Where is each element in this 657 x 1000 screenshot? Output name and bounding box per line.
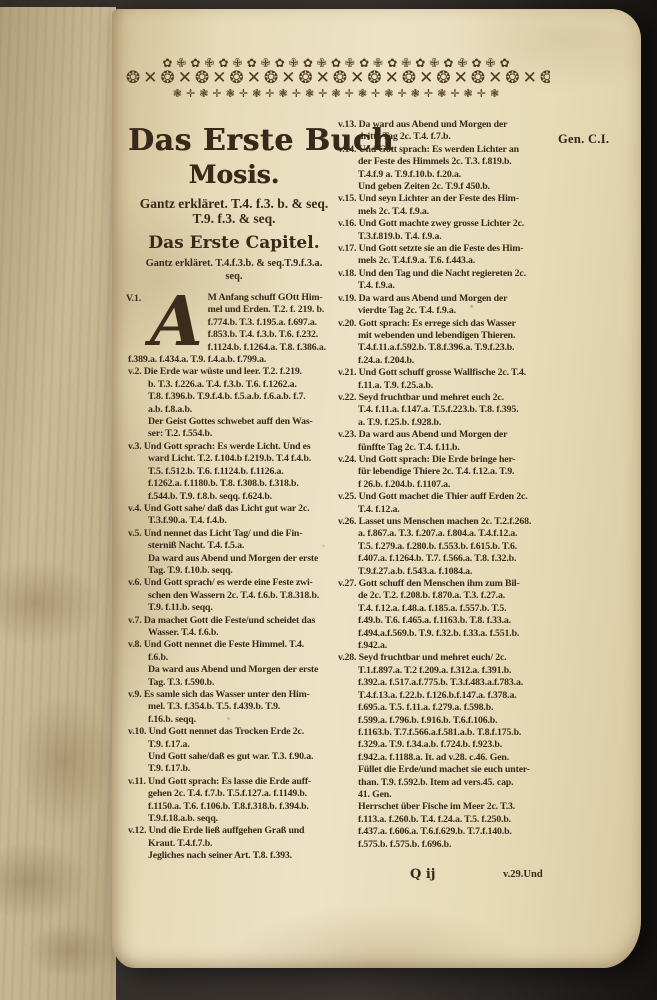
text-line: v.6. Und Gott sprach/ es werde eine Fest… <box>128 577 340 589</box>
text-line: T.3.f.819.b. T.4. f.9.a. <box>338 231 564 243</box>
text-line: a. f.867.a. T.3. f.207.a. f.804.a. T.4.f… <box>338 528 564 540</box>
book-subtitle: Gantz erkläret. T.4. f.3. b. & seq. T.9.… <box>128 197 340 226</box>
text-line: T.9. f.11.b. seqq. <box>128 602 340 614</box>
text-line: f.494.a.f.569.b. T.9. f.32.b. f.33.a. f.… <box>338 628 564 640</box>
text-line: v.19. Da ward aus Abend und Morgen der <box>338 293 564 305</box>
text-line: T.4. f.12.a. <box>338 504 564 516</box>
book-subtitle-line2: T.9. f.3. & seq. <box>128 212 340 227</box>
text-line: T.5. f.279.a. f.280.b. f.553.b. f.615.b.… <box>338 541 564 553</box>
text-line: v.15. Und seyn Lichter an der Feste des … <box>338 193 564 205</box>
verse-lines-left: v.2. Die Erde war wüste und leer. T.2. f… <box>128 366 340 862</box>
text-line: v.7. Da machet Gott die Feste/und scheid… <box>128 615 340 627</box>
book-title-line1: Das Erste Buch <box>128 123 340 158</box>
book-photo: ✿✙✿✙✿✙✿✙✿✙✿✙✿✙✿✙✿✙✿✙✿✙✿✙✿ ❂✕❂✕❂✕❂✕❂✕❂✕❂✕… <box>0 0 657 1000</box>
text-line: v.9. Es samle sich das Wasser unter den … <box>128 689 340 701</box>
text-line: v.28. Seyd fruchtbar und mehret euch/ 2c… <box>338 652 564 664</box>
book-title-line2: Mosis. <box>128 160 340 189</box>
left-column: Das Erste Buch Mosis. Gantz erkläret. T.… <box>128 9 340 968</box>
text-line: mels 2c. T.4.f.9.a. T.6. f.443.a. <box>338 255 564 267</box>
text-line: f.49.b. T.6. f.465.a. f.1163.b. T.8. f.3… <box>338 615 564 627</box>
text-line: Wasser. T.4. f.6.b. <box>128 627 340 639</box>
text-line: v.3. Und Gott sprach: Es werde Licht. Un… <box>128 441 340 453</box>
text-line: schen den Wassern 2c. T.4. f.6.b. T.8.31… <box>128 590 340 602</box>
text-line: Da ward aus Abend und Morgen der erste <box>128 664 340 676</box>
text-line: T.9.f.27.a.b. f.543.a. f.1084.a. <box>338 566 564 578</box>
text-line: der Feste des Himmels 2c. T.3. f.819.b. <box>338 156 564 168</box>
text-line: b. T.3. f.226.a. T.4. f.3.b. T.6. f.1262… <box>128 379 340 391</box>
text-line: Und geben Zeiten 2c. T.9.f 450.b. <box>338 181 564 193</box>
text-line: Da ward aus Abend und Morgen der erste <box>128 553 340 565</box>
text-line: f.695.a. T.5. f.11.a. f.279.a. f.598.b. <box>338 702 564 714</box>
text-line: f.113.a. f.260.b. T.4. f.24.a. T.5. f.25… <box>338 814 564 826</box>
text-line: v.5. Und nennet das Licht Tag/ und die F… <box>128 528 340 540</box>
text-line: Kraut. T.4.f.7.b. <box>128 838 340 850</box>
margin-note: Gen. C.I. <box>558 132 609 147</box>
text-line: T.4.f.9 a. T.9.f.10.b. f.20.a. <box>338 169 564 181</box>
text-line: Herrschet über Fische im Meer 2c. T.3. <box>338 801 564 813</box>
text-line: T.4.f.13.a. f.22.b. f.126.b.f.147.a. f.3… <box>338 690 564 702</box>
text-line: mel. T.3. f.354.b. T.5. f.439.b. T.9. <box>128 701 340 713</box>
chapter-heading: Das Erste Capitel. <box>128 233 340 253</box>
text-line: f.6.b. <box>128 652 340 664</box>
chapter-note-line1: Gantz erkläret. T.4.f.3.b. & seq.T.9.f.3… <box>128 258 340 271</box>
verse-1-label: V.1. <box>126 293 141 304</box>
text-line: f.392.a. f.517.a.f.775.b. T.3.f.483.a.f.… <box>338 677 564 689</box>
text-line: f.942.a. <box>338 640 564 652</box>
text-line: v.18. Und den Tag und die Nacht regieret… <box>338 268 564 280</box>
text-line: T.9. f.17.a. <box>128 739 340 751</box>
text-line: T.9. f.17.b. <box>128 763 340 775</box>
text-line: v.21. Und Gott schuff grosse Wallfische … <box>338 367 564 379</box>
text-line: f.544.b. T.9. f.8.b. seqq. f.624.b. <box>128 491 340 503</box>
text-line: vierdte Tag 2c. T.4. f.9.a. <box>338 305 564 317</box>
text-line: T.4. f.11.a. f.147.a. T.5.f.223.b. T.8. … <box>338 404 564 416</box>
text-line: Und Gott sahe/daß es gut war. T.3. f.90.… <box>128 751 340 763</box>
text-line: T.4. f.12.a. f.48.a. f.185.a. f.557.b. T… <box>338 603 564 615</box>
book-page-edges <box>0 7 116 1000</box>
text-line: ward Licht. T.2. f.104.b f.219.b. T.4 f.… <box>128 453 340 465</box>
text-line: mels 2c. T.4. f.9.a. <box>338 206 564 218</box>
text-line: sterniß Nacht. T.4. f.5.a. <box>128 540 340 552</box>
text-line: 41. Gen. <box>338 789 564 801</box>
text-line: v.22. Seyd fruchtbar und mehret euch 2c. <box>338 392 564 404</box>
text-line: fünffte Tag 2c. T.4. f.11.b. <box>338 442 564 454</box>
verse-1-entry: V.1. A M Anfang schuff GOtt Him-mel und … <box>128 292 340 366</box>
text-line: v.16. Und Gott machte zwey grosse Lichte… <box>338 218 564 230</box>
text-line: de 2c. T.2. f.208.b. f.870.a. T.3. f.27.… <box>338 590 564 602</box>
text-line: v.10. Und Gott nennet das Trocken Erde 2… <box>128 726 340 738</box>
text-line: ser: T.2. f.554.b. <box>128 428 340 440</box>
text-line: f.24.a. f.204.b. <box>338 355 564 367</box>
text-line: f.1262.a. f.1180.b. T.8. f.308.b. f.318.… <box>128 478 340 490</box>
text-line: für lebendige Thiere 2c. T.4. f.12.a. T.… <box>338 466 564 478</box>
text-line: v.2. Die Erde war wüste und leer. T.2. f… <box>128 366 340 378</box>
text-line: T.8. f.396.b. T.9.f.4.b. f.5.a.b. f.6.a.… <box>128 391 340 403</box>
text-line: T.4.f.11.a.f.592.b. T.8.f.396.a. T.9.f.2… <box>338 342 564 354</box>
text-line: T.4. f.9.a. <box>338 280 564 292</box>
text-line: Tag. T.9. f.10.b. seqq. <box>128 565 340 577</box>
text-line: v.24. Und Gott sprach: Die Erde bringe h… <box>338 454 564 466</box>
signature-mark: Q ij <box>410 867 436 882</box>
text-line: mit webenden und lebendigen Thieren. <box>338 330 564 342</box>
text-line: dritte Tag 2c. T.4. f.7.b. <box>338 131 564 143</box>
text-line: f.1163.b. T.7.f.566.a.f.581.a.b. T.8.f.1… <box>338 727 564 739</box>
catchword: v.29.Und <box>503 869 543 880</box>
text-line: f.942.a. f.1188.a. It. ad v.28. c.46. Ge… <box>338 752 564 764</box>
text-line: v.25. Und Gott machet die Thier auff Erd… <box>338 491 564 503</box>
text-line: v.4. Und Gott sahe/ daß das Licht gut wa… <box>128 503 340 515</box>
text-line: f.407.a. f.1264.b. T.7. f.566.a. T.8. f.… <box>338 553 564 565</box>
text-line: a. T.9. f.25.b. f.928.b. <box>338 417 564 429</box>
text-line: v.23. Da ward aus Abend und Morgen der <box>338 429 564 441</box>
text-line: v.8. Und Gott nennet die Feste Himmel. T… <box>128 639 340 651</box>
text-line: f.437.a. f.606.a. T.6.f.629.b. T.7.f.140… <box>338 826 564 838</box>
text-line: v.20. Gott sprach: Es errege sich das Wa… <box>338 318 564 330</box>
text-line: Jegliches nach seiner Art. T.8. f.393. <box>128 850 340 862</box>
text-line: v.12. Und die Erde ließ auffgehen Graß u… <box>128 825 340 837</box>
chapter-note: Gantz erkläret. T.4.f.3.b. & seq.T.9.f.3… <box>128 258 340 283</box>
text-line: v.11. Und Gott sprach: Es lasse die Erde… <box>128 776 340 788</box>
text-line: v.17. Und Gott setzte sie an die Feste d… <box>338 243 564 255</box>
text-line: T.3.f.90.a. T.4. f.4.b. <box>128 515 340 527</box>
text-line: f.599.a. f.796.b. f.916.b. T.6.f.106.b. <box>338 715 564 727</box>
text-line: f.389.a. f.434.a. T.9. f.4.a.b. f.799.a. <box>128 354 340 366</box>
text-line: v.14. Und Gott sprach: Es werden Lichter… <box>338 144 564 156</box>
text-line: f.329.a. T.9. f.34.a.b. f.724.b. f.923.b… <box>338 739 564 751</box>
text-line: a.b. f.8.a.b. <box>128 404 340 416</box>
text-line: f.16.b. seqq. <box>128 714 340 726</box>
text-line: T.5. f.512.b. T.6. f.1124.b. f.1126.a. <box>128 466 340 478</box>
text-line: v.13. Da ward aus Abend und Morgen der <box>338 119 564 131</box>
drop-cap-initial: A <box>150 294 203 354</box>
text-line: Der Geist Gottes schwebet auff den Was- <box>128 416 340 428</box>
text-line: gehen 2c. T.4. f.7.b. T.5.f.127.a. f.114… <box>128 788 340 800</box>
text-line: v.27. Gott schuff den Menschen ihm zum B… <box>338 578 564 590</box>
text-line: f 26.b. f.204.b. f.1107.a. <box>338 479 564 491</box>
text-line: v.26. Lasset uns Menschen machen 2c. T.2… <box>338 516 564 528</box>
text-line: f.575.b. f.575.b. f.696.b. <box>338 839 564 851</box>
text-line: T.1.f.897.a. T.2 f.209.a. f.312.a. f.391… <box>338 665 564 677</box>
text-line: f.11.a. T.9. f.25.a.b. <box>338 380 564 392</box>
book-page: ✿✙✿✙✿✙✿✙✿✙✿✙✿✙✿✙✿✙✿✙✿✙✿✙✿ ❂✕❂✕❂✕❂✕❂✕❂✕❂✕… <box>112 9 641 968</box>
right-column: v.13. Da ward aus Abend und Morgen derdr… <box>338 119 564 851</box>
text-line: Tag. T.3. f.590.b. <box>128 677 340 689</box>
book-subtitle-line1: Gantz erkläret. T.4. f.3. b. & seq. <box>128 197 340 212</box>
verse-index-left: V.1. A M Anfang schuff GOtt Him-mel und … <box>128 292 340 863</box>
text-line: than. T.9. f.592.b. Item ad vers.45. cap… <box>338 777 564 789</box>
text-line: T.9.f.18.a.b. seqq. <box>128 813 340 825</box>
text-line: Füllet die Erde/und machet sie euch unte… <box>338 764 564 776</box>
text-line: f.1150.a. T.6. f.106.b. T.8.f.318.b. f.3… <box>128 801 340 813</box>
